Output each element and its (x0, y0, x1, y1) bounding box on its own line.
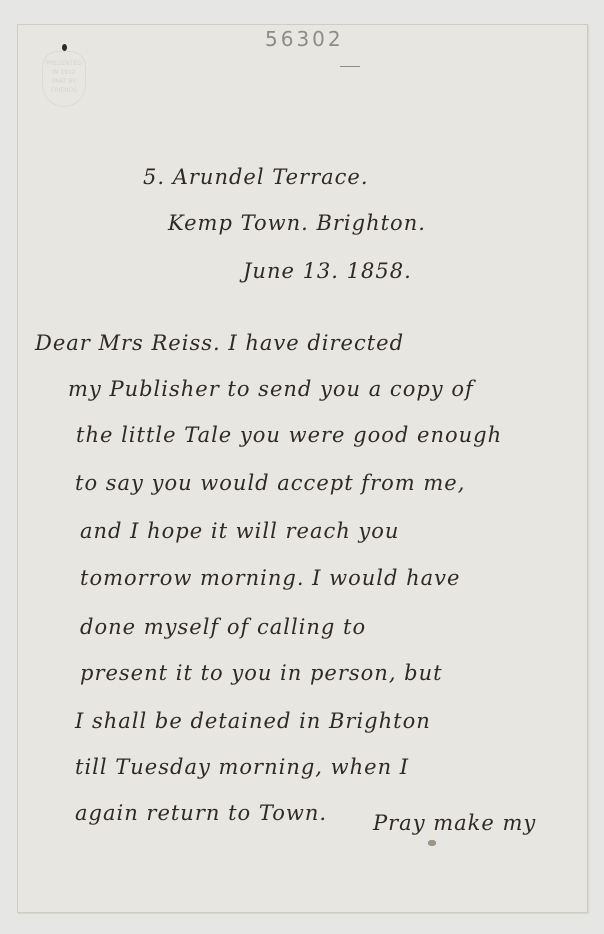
paper-stain (428, 840, 436, 846)
body-line: Dear Mrs Reiss. I have directed (35, 331, 404, 355)
body-line: my Publisher to send you a copy of (68, 377, 474, 401)
stamp-line: FRIENDS (43, 86, 85, 95)
body-line: till Tuesday morning, when I (75, 755, 409, 779)
body-line: to say you would accept from me, (75, 471, 465, 495)
letter-page: PRESENTED IN 1912 PART BY FRIENDS 56302 … (17, 24, 588, 913)
letter-date: June 13. 1858. (243, 259, 412, 283)
stamp-line: IN 1912 (43, 68, 85, 77)
address-line-2: Kemp Town. Brighton. (168, 211, 426, 235)
body-line: present it to you in person, but (80, 661, 443, 685)
library-emboss-stamp: PRESENTED IN 1912 PART BY FRIENDS (42, 51, 86, 107)
body-line: tomorrow morning. I would have (80, 566, 460, 590)
stamp-line: PRESENTED (43, 59, 85, 68)
body-line: and I hope it will reach you (80, 519, 399, 543)
closing-line: Pray make my (373, 811, 536, 835)
body-line: done myself of calling to (80, 615, 366, 639)
catalog-number: 56302 (265, 27, 344, 51)
address-line-1: 5. Arundel Terrace. (143, 165, 369, 189)
ink-blot (62, 44, 67, 51)
catalog-underline (340, 66, 360, 67)
body-line: I shall be detained in Brighton (75, 709, 431, 733)
body-line: again return to Town. (75, 801, 327, 825)
body-line: the little Tale you were good enough (76, 423, 502, 447)
stamp-line: PART BY (43, 77, 85, 86)
